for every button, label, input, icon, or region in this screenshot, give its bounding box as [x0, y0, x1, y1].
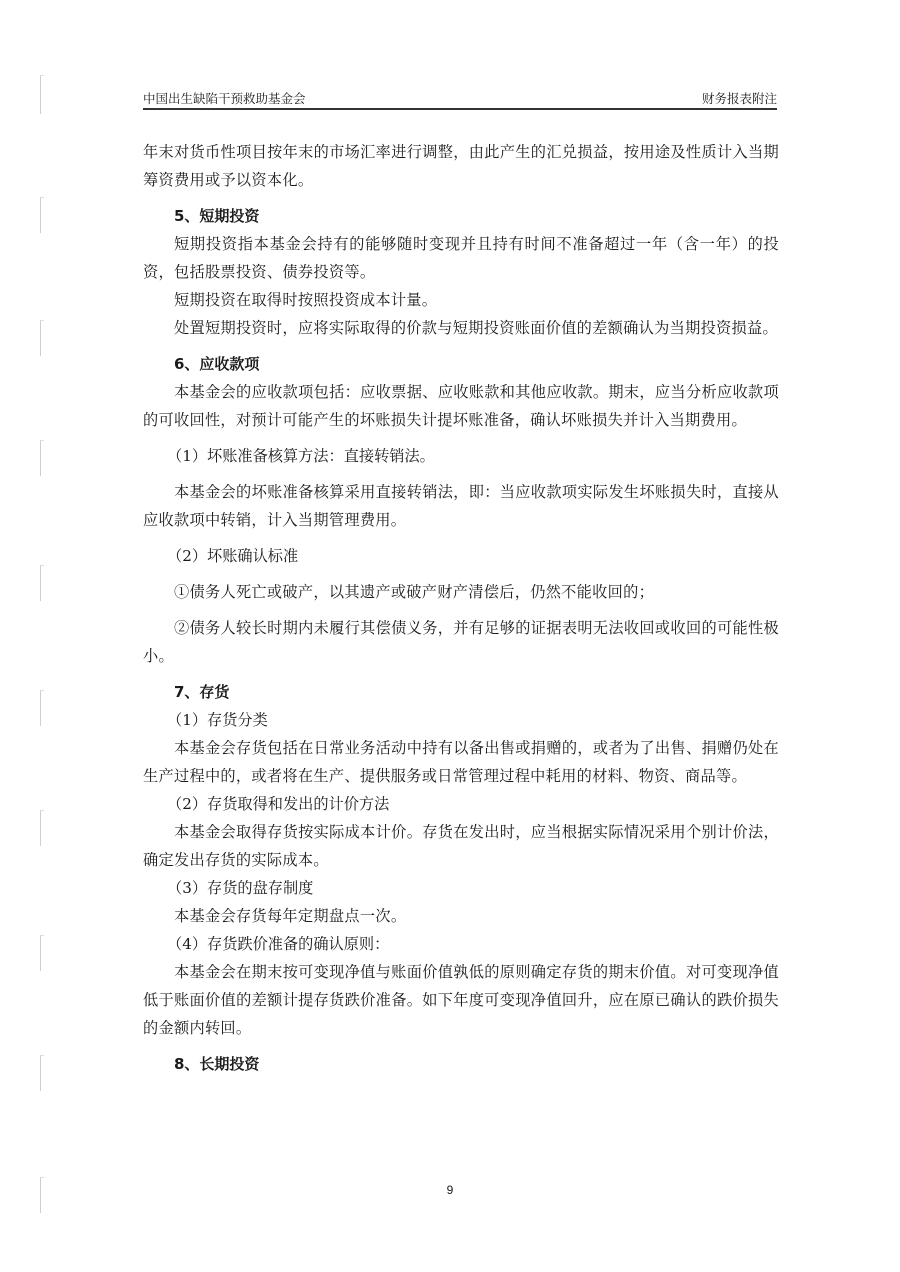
section-heading-inventory: 7、存货	[143, 678, 779, 706]
list-item: ②债务人较长时期内未履行其偿债义务，并有足够的证据表明无法收回或收回的可能性极小…	[143, 614, 779, 670]
scan-mark	[40, 935, 44, 971]
subheading: （3）存货的盘存制度	[143, 874, 779, 902]
scan-mark	[40, 197, 44, 233]
intro-paragraph: 年末对货币性项目按年末的市场汇率进行调整，由此产生的汇兑损益，按用途及性质计入当…	[143, 138, 779, 194]
section-heading-receivables: 6、应收款项	[143, 350, 779, 378]
subheading: （2）坏账确认标准	[143, 542, 779, 570]
header-section: 财务报表附注	[702, 91, 777, 107]
subheading: （1）坏账准备核算方法：直接转销法。	[143, 442, 779, 470]
list-item: ①债务人死亡或破产，以其遗产或破产财产清偿后，仍然不能收回的；	[143, 578, 779, 606]
subheading: （2）存货取得和发出的计价方法	[143, 790, 779, 818]
paragraph: 本基金会在期末按可变现净值与账面价值孰低的原则确定存货的期末价值。对可变现净值低…	[143, 958, 779, 1042]
scan-mark	[40, 320, 44, 356]
scan-mark	[40, 440, 44, 476]
document-body: 年末对货币性项目按年末的市场汇率进行调整，由此产生的汇兑损益，按用途及性质计入当…	[143, 138, 779, 1078]
scan-mark	[40, 75, 44, 114]
section-heading-long-term-investment: 8、长期投资	[143, 1050, 779, 1078]
paragraph: 处置短期投资时，应将实际取得的价款与短期投资账面价值的差额确认为当期投资损益。	[143, 314, 779, 342]
paragraph: 短期投资在取得时按照投资成本计量。	[143, 286, 779, 314]
scan-mark	[40, 565, 44, 601]
paragraph: 本基金会取得存货按实际成本计价。存货在发出时，应当根据实际情况采用个别计价法，确…	[143, 818, 779, 874]
paragraph: 本基金会的应收款项包括：应收票据、应收账款和其他应收款。期末，应当分析应收款项的…	[143, 378, 779, 434]
subheading: （1）存货分类	[143, 706, 779, 734]
subheading: （4）存货跌价准备的确认原则：	[143, 930, 779, 958]
paragraph: 本基金会存货每年定期盘点一次。	[143, 902, 779, 930]
scan-mark	[40, 690, 44, 726]
scan-mark	[40, 1055, 44, 1091]
page-number: 9	[0, 1183, 900, 1197]
header-organization: 中国出生缺陷干预救助基金会	[143, 91, 306, 107]
paragraph: 本基金会存货包括在日常业务活动中持有以备出售或捐赠的，或者为了出售、捐赠仍处在生…	[143, 734, 779, 790]
paragraph: 短期投资指本基金会持有的能够随时变现并且持有时间不准备超过一年（含一年）的投资，…	[143, 230, 779, 286]
section-heading-short-term-investment: 5、短期投资	[143, 202, 779, 230]
page-header: 中国出生缺陷干预救助基金会 财务报表附注	[143, 90, 777, 110]
scan-mark	[40, 810, 44, 846]
paragraph: 本基金会的坏账准备核算采用直接转销法，即：当应收款项实际发生坏账损失时，直接从应…	[143, 478, 779, 534]
